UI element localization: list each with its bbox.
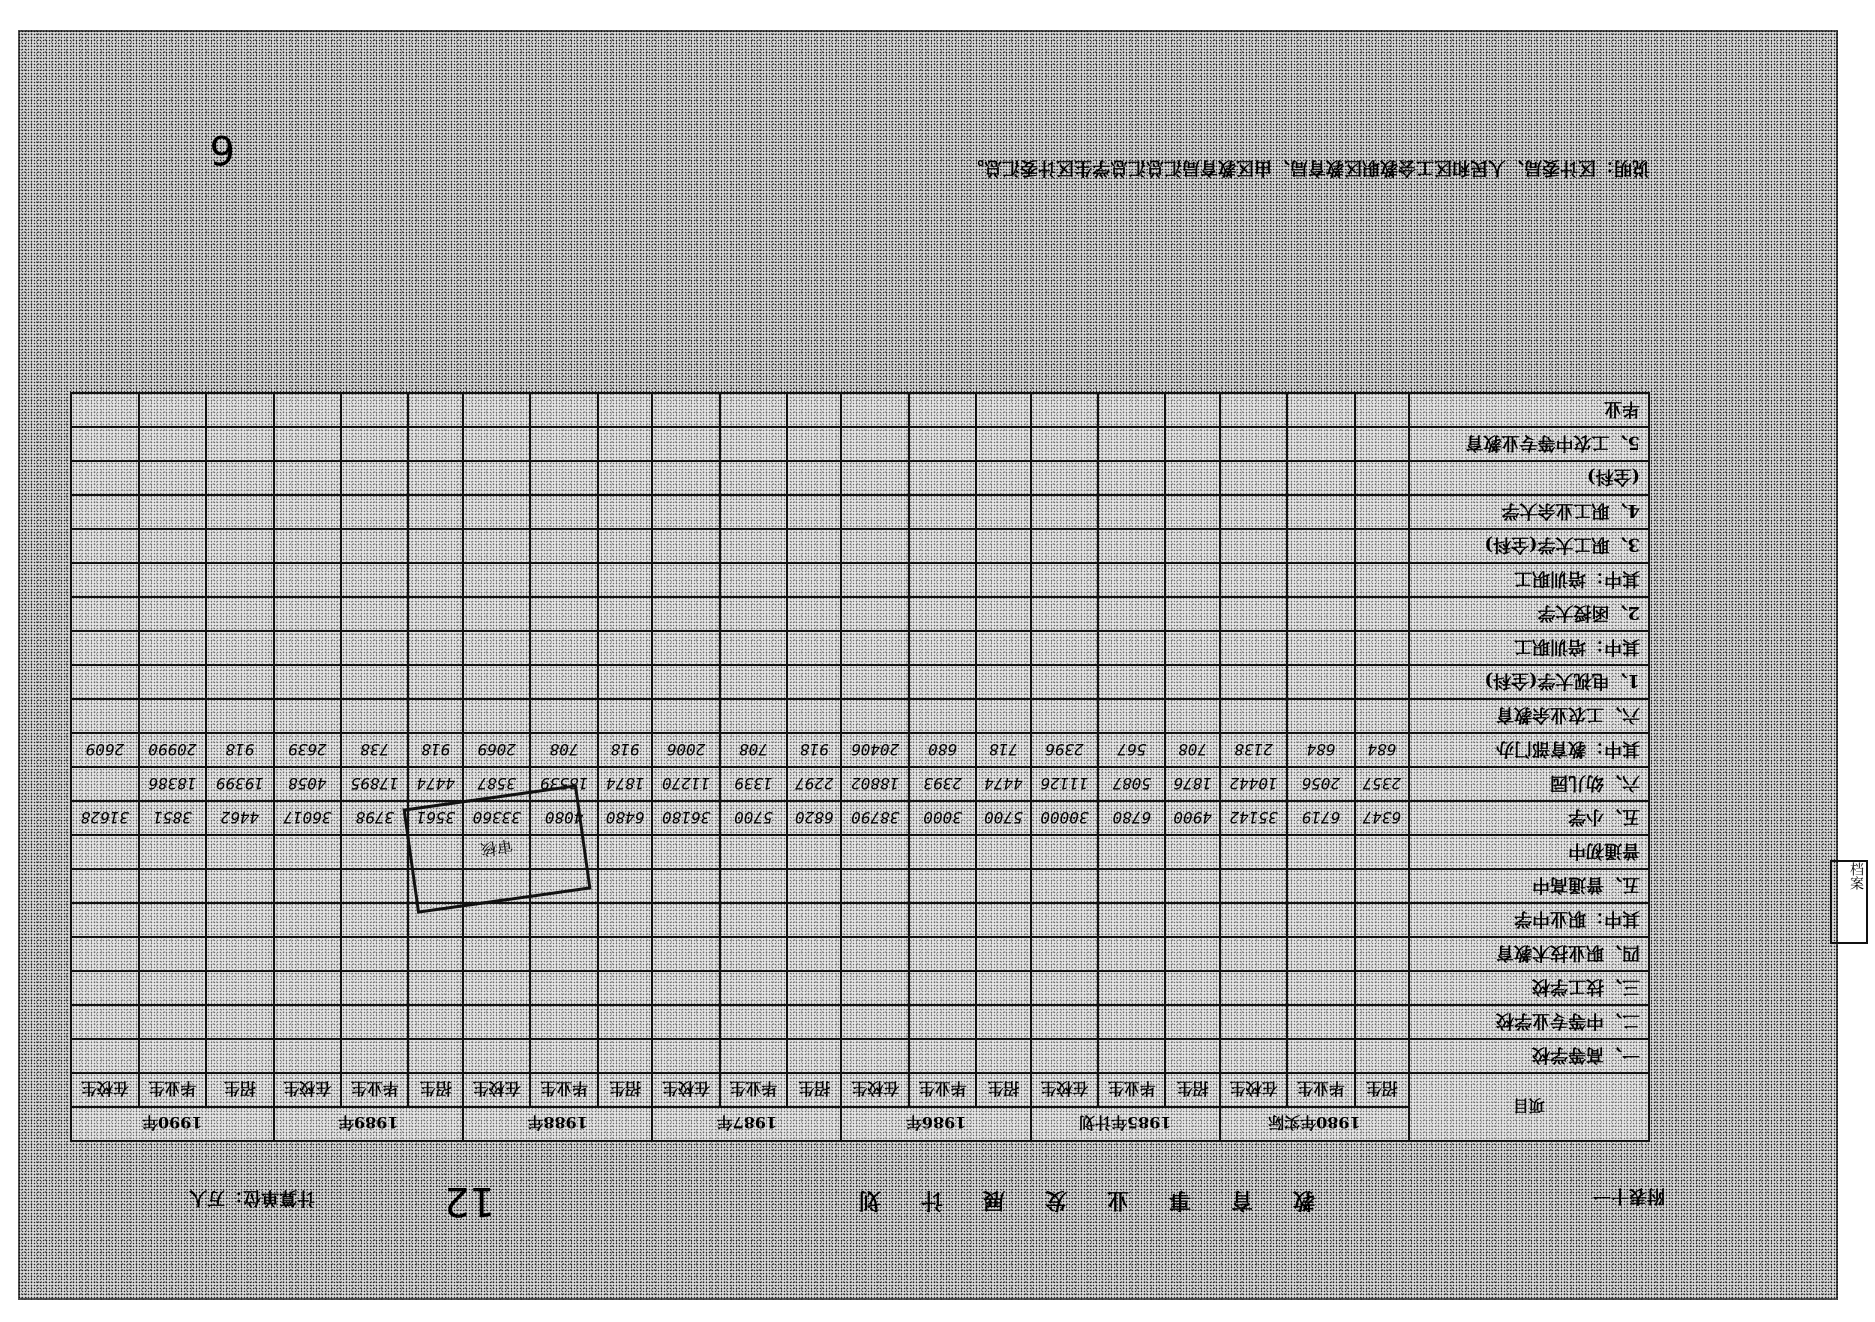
cell-value bbox=[1165, 903, 1219, 937]
cell-value: 4474 bbox=[976, 767, 1030, 801]
cell-value bbox=[463, 563, 530, 597]
cell-value bbox=[598, 427, 652, 461]
cell-value bbox=[1355, 971, 1409, 1005]
cell-value bbox=[1165, 1005, 1219, 1039]
cell-value bbox=[652, 597, 719, 631]
cell-value bbox=[274, 393, 341, 427]
cell-value bbox=[652, 665, 719, 699]
header-subcol: 在校生 bbox=[71, 1073, 139, 1107]
cell-value bbox=[598, 903, 652, 937]
cell-value bbox=[909, 1039, 976, 1073]
header-year: 1986年 bbox=[841, 1107, 1030, 1141]
data-table: 项目1980年实际1985年计划1986年1987年1988年1989年1990… bbox=[70, 392, 1650, 1142]
handwritten-page-number: 12 bbox=[444, 1178, 495, 1224]
cell-value bbox=[1098, 665, 1165, 699]
cell-value: 708 bbox=[530, 733, 597, 767]
cell-value bbox=[1220, 529, 1287, 563]
cell-value bbox=[1355, 597, 1409, 631]
cell-value bbox=[1098, 529, 1165, 563]
cell-value: 4058 bbox=[274, 767, 341, 801]
cell-value bbox=[1355, 529, 1409, 563]
cell-value bbox=[787, 563, 841, 597]
cell-value bbox=[463, 665, 530, 699]
cell-value bbox=[530, 597, 597, 631]
table-row: 六、幼儿园23572056104421876508711126447423931… bbox=[71, 767, 1649, 801]
header-year: 1980年实际 bbox=[1220, 1107, 1409, 1141]
cell-value bbox=[1031, 903, 1098, 937]
cell-value bbox=[598, 631, 652, 665]
cell-value bbox=[274, 903, 341, 937]
cell-value bbox=[71, 393, 139, 427]
cell-value bbox=[787, 1005, 841, 1039]
cell-value bbox=[1165, 393, 1219, 427]
cell-value bbox=[463, 529, 530, 563]
cell-value: 684 bbox=[1355, 733, 1409, 767]
cell-value: 36180 bbox=[652, 801, 719, 835]
cell-value: 6719 bbox=[1287, 801, 1354, 835]
cell-value bbox=[841, 461, 908, 495]
cell-value bbox=[1098, 427, 1165, 461]
cell-value bbox=[71, 1039, 139, 1073]
cell-value bbox=[1098, 869, 1165, 903]
cell-value bbox=[530, 971, 597, 1005]
cell-value bbox=[139, 903, 206, 937]
cell-value bbox=[720, 427, 787, 461]
table-row: 2、函授大学 bbox=[71, 597, 1649, 631]
cell-value bbox=[1031, 393, 1098, 427]
cell-value bbox=[1165, 597, 1219, 631]
cell-value bbox=[408, 699, 462, 733]
cell-value bbox=[652, 563, 719, 597]
cell-value bbox=[341, 393, 408, 427]
cell-value bbox=[530, 1039, 597, 1073]
cell-value: 3798 bbox=[341, 801, 408, 835]
cell-value bbox=[206, 393, 273, 427]
row-label: 1、电视大学(全科) bbox=[1409, 665, 1649, 699]
cell-value bbox=[1098, 699, 1165, 733]
cell-value bbox=[976, 631, 1030, 665]
cell-value bbox=[1287, 903, 1354, 937]
cell-value bbox=[341, 631, 408, 665]
cell-value bbox=[1287, 461, 1354, 495]
header-year: 1985年计划 bbox=[1031, 1107, 1220, 1141]
cell-value: 918 bbox=[206, 733, 273, 767]
cell-value bbox=[530, 393, 597, 427]
cell-value bbox=[841, 1039, 908, 1073]
unit-label: 计算单位：万人 bbox=[189, 1186, 315, 1212]
cell-value bbox=[652, 937, 719, 971]
cell-value bbox=[841, 869, 908, 903]
cell-value bbox=[1098, 971, 1165, 1005]
cell-value bbox=[71, 631, 139, 665]
cell-value bbox=[71, 699, 139, 733]
cell-value bbox=[598, 495, 652, 529]
cell-value bbox=[463, 903, 530, 937]
cell-value bbox=[274, 937, 341, 971]
cell-value: 5700 bbox=[976, 801, 1030, 835]
cell-value bbox=[71, 597, 139, 631]
row-label: 五、普通高中 bbox=[1409, 869, 1649, 903]
cell-value bbox=[408, 937, 462, 971]
cell-value bbox=[1355, 835, 1409, 869]
cell-value bbox=[1355, 903, 1409, 937]
cell-value bbox=[530, 937, 597, 971]
cell-value bbox=[1355, 563, 1409, 597]
cell-value bbox=[720, 699, 787, 733]
cell-value bbox=[1165, 427, 1219, 461]
cell-value bbox=[206, 665, 273, 699]
cell-value bbox=[463, 597, 530, 631]
cell-value bbox=[274, 1039, 341, 1073]
cell-value bbox=[139, 835, 206, 869]
cell-value bbox=[1098, 597, 1165, 631]
cell-value bbox=[206, 903, 273, 937]
cell-value: 1339 bbox=[720, 767, 787, 801]
cell-value: 11270 bbox=[652, 767, 719, 801]
cell-value: 718 bbox=[976, 733, 1030, 767]
row-label: 三、技工学校 bbox=[1409, 971, 1649, 1005]
cell-value bbox=[720, 461, 787, 495]
cell-value: 30000 bbox=[1031, 801, 1098, 835]
cell-value bbox=[976, 1005, 1030, 1039]
header-item: 项目 bbox=[1409, 1073, 1649, 1141]
header-subcol: 招生 bbox=[408, 1073, 462, 1107]
cell-value bbox=[463, 1005, 530, 1039]
cell-value bbox=[1165, 937, 1219, 971]
cell-value bbox=[139, 971, 206, 1005]
cell-value bbox=[274, 699, 341, 733]
cell-value bbox=[1098, 835, 1165, 869]
cell-value bbox=[909, 903, 976, 937]
cell-value bbox=[652, 1005, 719, 1039]
cell-value bbox=[530, 903, 597, 937]
cell-value: 2609 bbox=[71, 733, 139, 767]
cell-value bbox=[976, 971, 1030, 1005]
cell-value bbox=[1287, 869, 1354, 903]
header-subcol: 毕业生 bbox=[341, 1073, 408, 1107]
cell-value: 2006 bbox=[652, 733, 719, 767]
cell-value bbox=[1031, 971, 1098, 1005]
cell-value bbox=[139, 495, 206, 529]
cell-value bbox=[787, 461, 841, 495]
cell-value bbox=[976, 495, 1030, 529]
cell-value: 2393 bbox=[909, 767, 976, 801]
cell-value bbox=[530, 699, 597, 733]
cell-value bbox=[598, 835, 652, 869]
header-subcol: 在校生 bbox=[274, 1073, 341, 1107]
cell-value: 918 bbox=[787, 733, 841, 767]
cell-value bbox=[206, 1005, 273, 1039]
cell-value bbox=[1098, 563, 1165, 597]
cell-value bbox=[1287, 971, 1354, 1005]
cell-value bbox=[463, 393, 530, 427]
cell-value bbox=[909, 835, 976, 869]
cell-value: 18802 bbox=[841, 767, 908, 801]
cell-value: 918 bbox=[408, 733, 462, 767]
header-subcol: 招生 bbox=[976, 1073, 1030, 1107]
table-row: 五、普通高中 bbox=[71, 869, 1649, 903]
cell-value bbox=[787, 393, 841, 427]
cell-value: 3000 bbox=[909, 801, 976, 835]
cell-value: 6820 bbox=[787, 801, 841, 835]
header-subcol: 招生 bbox=[1355, 1073, 1409, 1107]
header-subcol: 毕业生 bbox=[720, 1073, 787, 1107]
cell-value: 35142 bbox=[1220, 801, 1287, 835]
cell-value bbox=[341, 869, 408, 903]
cell-value bbox=[1098, 1005, 1165, 1039]
cell-value bbox=[598, 529, 652, 563]
cell-value bbox=[341, 903, 408, 937]
row-label: 4、职工业余大学 bbox=[1409, 495, 1649, 529]
cell-value bbox=[274, 597, 341, 631]
cell-value bbox=[1220, 971, 1287, 1005]
cell-value bbox=[841, 631, 908, 665]
cell-value bbox=[1287, 427, 1354, 461]
cell-value bbox=[1287, 665, 1354, 699]
row-label: 一、高等学校 bbox=[1409, 1039, 1649, 1073]
cell-value: 1876 bbox=[1165, 767, 1219, 801]
cell-value bbox=[463, 495, 530, 529]
cell-value bbox=[1031, 495, 1098, 529]
cell-value bbox=[71, 1005, 139, 1039]
header-subcol: 招生 bbox=[1165, 1073, 1219, 1107]
cell-value bbox=[206, 869, 273, 903]
cell-value bbox=[530, 665, 597, 699]
cell-value bbox=[1031, 461, 1098, 495]
cell-value: 2056 bbox=[1287, 767, 1354, 801]
cell-value bbox=[530, 495, 597, 529]
table-row: 五、小学634767193514249006780300005700300038… bbox=[71, 801, 1649, 835]
cell-value bbox=[139, 393, 206, 427]
cell-value: 918 bbox=[598, 733, 652, 767]
cell-value: 4474 bbox=[408, 767, 462, 801]
cell-value bbox=[1098, 495, 1165, 529]
cell-value bbox=[1031, 427, 1098, 461]
cell-value bbox=[598, 597, 652, 631]
header-year: 1989年 bbox=[274, 1107, 463, 1141]
cell-value bbox=[206, 1039, 273, 1073]
cell-value bbox=[652, 393, 719, 427]
table-row: 其中：职业中学 bbox=[71, 903, 1649, 937]
table-row: 四、职业技术教育 bbox=[71, 937, 1649, 971]
cell-value bbox=[909, 529, 976, 563]
cell-value bbox=[408, 529, 462, 563]
cell-value bbox=[139, 563, 206, 597]
cell-value bbox=[274, 665, 341, 699]
cell-value bbox=[1287, 1039, 1354, 1073]
header-subcol: 在校生 bbox=[1031, 1073, 1098, 1107]
cell-value bbox=[206, 971, 273, 1005]
cell-value bbox=[341, 1005, 408, 1039]
cell-value bbox=[787, 835, 841, 869]
cell-value bbox=[841, 937, 908, 971]
cell-value bbox=[1355, 1039, 1409, 1073]
cell-value bbox=[1220, 461, 1287, 495]
cell-value bbox=[463, 699, 530, 733]
cell-value bbox=[139, 529, 206, 563]
row-label: 2、函授大学 bbox=[1409, 597, 1649, 631]
table-row: 3、职工大学(全科) bbox=[71, 529, 1649, 563]
cell-value bbox=[787, 631, 841, 665]
cell-value bbox=[463, 1039, 530, 1073]
cell-value bbox=[1355, 393, 1409, 427]
cell-value: 20990 bbox=[139, 733, 206, 767]
cell-value bbox=[1355, 1005, 1409, 1039]
cell-value bbox=[652, 461, 719, 495]
cell-value bbox=[206, 631, 273, 665]
cell-value bbox=[1355, 427, 1409, 461]
cell-value bbox=[720, 1005, 787, 1039]
cell-value bbox=[408, 495, 462, 529]
cell-value bbox=[976, 835, 1030, 869]
cell-value bbox=[1098, 1039, 1165, 1073]
cell-value bbox=[841, 563, 908, 597]
table-row: 其中：教育部门办68468421387085672396718680204069… bbox=[71, 733, 1649, 767]
cell-value: 567 bbox=[1098, 733, 1165, 767]
header-subcol: 毕业生 bbox=[1287, 1073, 1354, 1107]
cell-value bbox=[598, 1005, 652, 1039]
cell-value bbox=[841, 699, 908, 733]
row-label: 5、工农中等专业教育 bbox=[1409, 427, 1649, 461]
cell-value bbox=[1220, 665, 1287, 699]
cell-value bbox=[787, 529, 841, 563]
row-label: 四、职业技术教育 bbox=[1409, 937, 1649, 971]
header-year: 1990年 bbox=[71, 1107, 274, 1141]
cell-value bbox=[71, 937, 139, 971]
cell-value bbox=[274, 495, 341, 529]
header-subcol: 在校生 bbox=[652, 1073, 719, 1107]
cell-value bbox=[71, 869, 139, 903]
table-row: 一、高等学校 bbox=[71, 1039, 1649, 1073]
cell-value bbox=[463, 937, 530, 971]
cell-value bbox=[976, 427, 1030, 461]
header-subcol: 毕业生 bbox=[530, 1073, 597, 1107]
cell-value bbox=[1165, 529, 1219, 563]
cell-value bbox=[408, 597, 462, 631]
cell-value bbox=[909, 495, 976, 529]
cell-value bbox=[341, 937, 408, 971]
cell-value bbox=[530, 631, 597, 665]
cell-value bbox=[720, 563, 787, 597]
cell-value bbox=[139, 665, 206, 699]
cell-value bbox=[1031, 563, 1098, 597]
cell-value bbox=[1031, 835, 1098, 869]
cell-value bbox=[530, 461, 597, 495]
cell-value: 2138 bbox=[1220, 733, 1287, 767]
cell-value bbox=[206, 529, 273, 563]
cell-value bbox=[1355, 699, 1409, 733]
cell-value: 708 bbox=[720, 733, 787, 767]
row-label: 二、中等专业学校 bbox=[1409, 1005, 1649, 1039]
cell-value bbox=[1355, 869, 1409, 903]
cell-value: 738 bbox=[341, 733, 408, 767]
cell-value bbox=[841, 971, 908, 1005]
table-row: 三、技工学校 bbox=[71, 971, 1649, 1005]
cell-value bbox=[1165, 665, 1219, 699]
cell-value bbox=[841, 835, 908, 869]
cell-value bbox=[71, 903, 139, 937]
cell-value bbox=[1287, 495, 1354, 529]
cell-value bbox=[909, 699, 976, 733]
cell-value bbox=[206, 427, 273, 461]
cell-value: 31628 bbox=[71, 801, 139, 835]
cell-value bbox=[408, 971, 462, 1005]
cell-value bbox=[1220, 869, 1287, 903]
cell-value bbox=[408, 461, 462, 495]
cell-value bbox=[1165, 869, 1219, 903]
cell-value bbox=[71, 563, 139, 597]
cell-value bbox=[787, 869, 841, 903]
cell-value: 2639 bbox=[274, 733, 341, 767]
row-label: 3、职工大学(全科) bbox=[1409, 529, 1649, 563]
cell-value bbox=[841, 393, 908, 427]
cell-value bbox=[841, 1005, 908, 1039]
header-subcol: 在校生 bbox=[841, 1073, 908, 1107]
cell-value bbox=[71, 835, 139, 869]
upside-down-content: 教育事业发展计划 附表十一 计算单位：万人 12 项目1980年实际1985年计… bbox=[0, 0, 1875, 1322]
cell-value bbox=[1098, 393, 1165, 427]
row-label: 其中：培训职工 bbox=[1409, 563, 1649, 597]
cell-value bbox=[976, 665, 1030, 699]
cell-value bbox=[274, 971, 341, 1005]
cell-value bbox=[341, 1039, 408, 1073]
cell-value bbox=[1031, 1005, 1098, 1039]
cell-value bbox=[1355, 665, 1409, 699]
cell-value bbox=[1355, 461, 1409, 495]
cell-value bbox=[909, 461, 976, 495]
cell-value bbox=[1287, 1005, 1354, 1039]
table-row: 5、工农中等专业教育 bbox=[71, 427, 1649, 461]
header-year: 1987年 bbox=[652, 1107, 841, 1141]
cell-value bbox=[787, 495, 841, 529]
cell-value bbox=[206, 461, 273, 495]
cell-value: 18386 bbox=[139, 767, 206, 801]
cell-value bbox=[139, 461, 206, 495]
scanned-document: 教育事业发展计划 附表十一 计算单位：万人 12 项目1980年实际1985年计… bbox=[0, 0, 1875, 1322]
cell-value bbox=[274, 529, 341, 563]
cell-value bbox=[1031, 699, 1098, 733]
cell-value bbox=[652, 971, 719, 1005]
cell-value bbox=[787, 1039, 841, 1073]
cell-value bbox=[652, 529, 719, 563]
cell-value bbox=[530, 427, 597, 461]
cell-value bbox=[652, 495, 719, 529]
table-row: 其中：培训职工 bbox=[71, 631, 1649, 665]
cell-value bbox=[1355, 495, 1409, 529]
cell-value bbox=[787, 665, 841, 699]
table-row: 毕业 bbox=[71, 393, 1649, 427]
cell-value bbox=[598, 869, 652, 903]
cell-value bbox=[909, 597, 976, 631]
cell-value bbox=[1287, 597, 1354, 631]
cell-value bbox=[1165, 495, 1219, 529]
cell-value bbox=[71, 495, 139, 529]
cell-value bbox=[720, 393, 787, 427]
cell-value bbox=[841, 529, 908, 563]
cell-value bbox=[652, 903, 719, 937]
cell-value: 4900 bbox=[1165, 801, 1219, 835]
cell-value bbox=[652, 699, 719, 733]
cell-value bbox=[274, 835, 341, 869]
cell-value bbox=[598, 971, 652, 1005]
row-label: (全科) bbox=[1409, 461, 1649, 495]
cell-value bbox=[1031, 937, 1098, 971]
header-subcol: 招生 bbox=[206, 1073, 273, 1107]
cell-value: 20406 bbox=[841, 733, 908, 767]
cell-value: 1874 bbox=[598, 767, 652, 801]
header-subcol: 毕业生 bbox=[1098, 1073, 1165, 1107]
cell-value: 6347 bbox=[1355, 801, 1409, 835]
